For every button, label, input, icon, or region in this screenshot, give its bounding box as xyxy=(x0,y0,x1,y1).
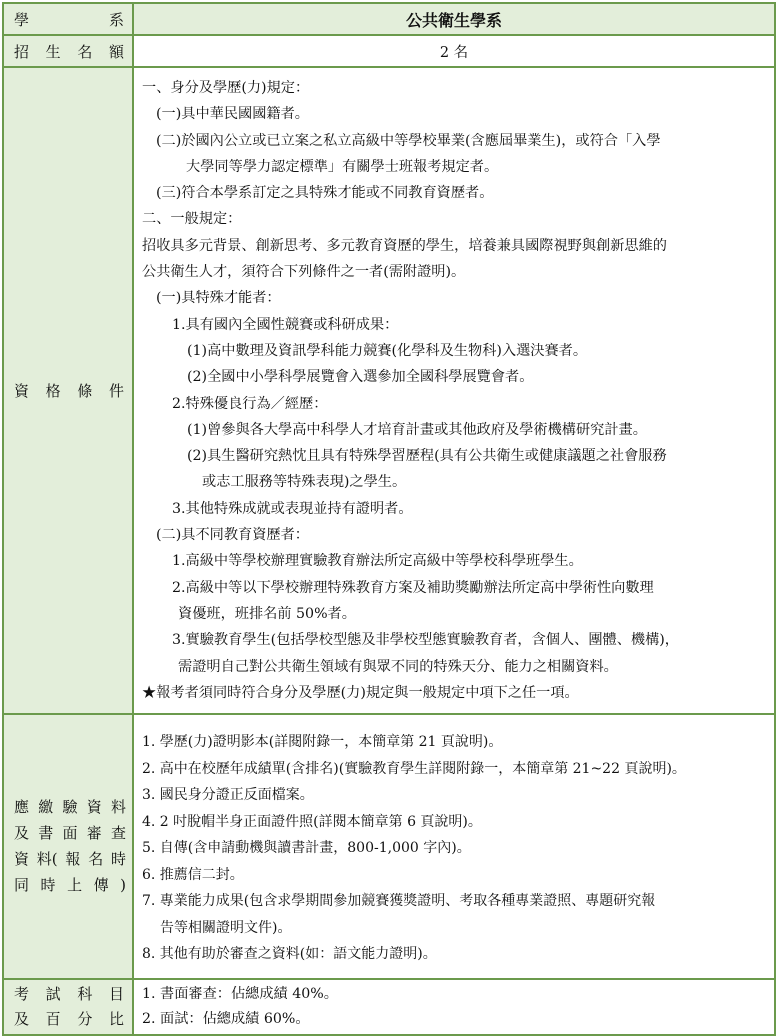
admission-requirements-table: 學 系 公共衛生學系 招 生 名 額 2 名 資 格 條 件 xyxy=(2,2,776,1030)
quota-row: 招 生 名 額 2 名 xyxy=(3,35,775,67)
label-char: 上 xyxy=(67,872,82,898)
document-item-continued: 告等相關證明文件)。 xyxy=(142,915,768,942)
document-item: 2. 高中在校歷年成績單(含排名)(實驗教育學生詳閱附錄一，本簡章第 21~22… xyxy=(142,756,768,783)
label-char: 報 xyxy=(65,846,80,872)
quota-value: 2 名 xyxy=(133,35,775,67)
subsection-heading: (二)具不同教育資歷者： xyxy=(142,522,766,548)
exam-item: 2. 面試：佔總成績 60%。 xyxy=(142,1007,766,1030)
sub-item: (1)高中數理及資訊學科能力競賽(化學科及生物科)入選決賽者。 xyxy=(142,338,766,364)
label-char: 科 xyxy=(77,982,92,1007)
qualification-item: (一)具中華民國國籍者。 xyxy=(142,101,766,127)
qualification-item-continued: 大學同等學力認定標準」有關學士班報考規定者。 xyxy=(142,154,766,180)
numbered-item: 3.其他特殊成就或表現並持有證明者。 xyxy=(142,496,766,522)
document-item: 5. 自傳(含申請動機與讀書計畫，800-1,000 字內)。 xyxy=(142,835,768,862)
qualifications-label-char: 條 xyxy=(77,380,92,401)
quota-label-char: 生 xyxy=(46,41,61,62)
label-char: 百 xyxy=(46,1007,61,1030)
exam-label-line: 及 百 分 比 xyxy=(14,1007,124,1030)
numbered-item: 2.高級中等以下學校辦理特殊教育方案及補助獎勵辦法所定高中學術性向數理 xyxy=(142,575,766,601)
label-char: 料( xyxy=(37,846,58,872)
exam-row: 考 試 科 目 及 百 分 比 1. 書面審查：佔總成績 40%。 2. 面試：… xyxy=(3,979,775,1030)
label-char: 目 xyxy=(109,982,124,1007)
label-char: 同 xyxy=(14,872,29,898)
sub-item-continued: 或志工服務等特殊表現)之學生。 xyxy=(142,469,766,495)
label-char: 傳 xyxy=(94,872,109,898)
quota-label-char: 名 xyxy=(77,41,92,62)
document-item: 8. 其他有助於審查之資料(如：語文能力證明)。 xyxy=(142,941,768,968)
sub-item: (1)曾參與各大學高中科學人才培育計畫或其他政府及學術機構研究計畫。 xyxy=(142,417,766,443)
document-item: 7. 專業能力成果(包含求學期間參加競賽獲獎證明、考取各種專業證照、專題研究報 xyxy=(142,888,768,915)
label-char: 分 xyxy=(77,1007,92,1030)
quota-label-char: 額 xyxy=(109,41,124,62)
qualifications-label: 資 格 條 件 xyxy=(3,67,133,714)
label-char: 料 xyxy=(111,794,126,820)
documents-label-line: 應 繳 驗 資 料 xyxy=(14,794,126,820)
sub-item: (2)具生醫研究熱忱且具有特殊學習歷程(具有公共衛生或健康議題之社會服務 xyxy=(142,443,766,469)
qualification-item: (三)符合本學系訂定之具特殊才能或不同教育資歷者。 xyxy=(142,180,766,206)
department-label-char: 學 xyxy=(14,9,29,30)
qualification-item: (二)於國內公立或已立案之私立高級中等學校畢業(含應屆畢業生)，或符合「入學 xyxy=(142,128,766,154)
numbered-item: 2.特殊優良行為／經歷： xyxy=(142,391,766,417)
label-char: ) xyxy=(120,872,126,898)
label-char: 審 xyxy=(87,820,102,846)
numbered-item-continued: 需證明自己對公共衛生領域有與眾不同的特殊天分、能力之相關資料。 xyxy=(142,654,766,680)
quota-label: 招 生 名 額 xyxy=(3,35,133,67)
document-item: 6. 推薦信二封。 xyxy=(142,862,768,889)
label-char: 面 xyxy=(62,820,77,846)
exam-label: 考 試 科 目 及 百 分 比 xyxy=(3,979,133,1030)
paragraph: 招收具多元背景、創新思考、多元教育資歷的學生，培養兼具國際視野與創新思維的 xyxy=(142,233,766,259)
documents-label-line: 資 料( 報 名 時 xyxy=(14,846,126,872)
label-char: 查 xyxy=(111,820,126,846)
label-char: 時 xyxy=(111,846,126,872)
document-item: 4. 2 吋脫帽半身正面證件照(詳閱本簡章第 6 頁說明)。 xyxy=(142,809,768,836)
qualifications-content: 一、身分及學歷(力)規定： (一)具中華民國國籍者。 (二)於國內公立或已立案之… xyxy=(133,67,775,714)
label-char: 名 xyxy=(88,846,103,872)
paragraph: 公共衛生人才，須符合下列條件之一者(需附證明)。 xyxy=(142,259,766,285)
label-char: 驗 xyxy=(62,794,77,820)
qualifications-row: 資 格 條 件 一、身分及學歷(力)規定： (一)具中華民國國籍者。 (二)於國… xyxy=(3,67,775,714)
label-char: 比 xyxy=(109,1007,124,1030)
quota-label-char: 招 xyxy=(14,41,29,62)
label-char: 時 xyxy=(41,872,56,898)
documents-label: 應 繳 驗 資 料 及 書 面 審 查 資 料( 報 名 xyxy=(3,714,133,979)
numbered-item: 3.實驗教育學生(包括學校型態及非學校型態實驗教育者，含個人、團體、機構)， xyxy=(142,627,766,653)
documents-label-line: 同 時 上 傳 ) xyxy=(14,872,126,898)
qualifications-label-char: 資 xyxy=(14,380,29,401)
department-label-char: 系 xyxy=(109,9,124,30)
document-item: 1. 學歷(力)證明影本(詳閱附錄一，本簡章第 21 頁說明)。 xyxy=(142,729,768,756)
document-item: 3. 國民身分證正反面檔案。 xyxy=(142,782,768,809)
documents-content: 1. 學歷(力)證明影本(詳閱附錄一，本簡章第 21 頁說明)。 2. 高中在校… xyxy=(133,714,775,979)
documents-row: 應 繳 驗 資 料 及 書 面 審 查 資 料( 報 名 xyxy=(3,714,775,979)
label-char: 試 xyxy=(46,982,61,1007)
qualifications-label-char: 格 xyxy=(46,380,61,401)
label-char: 考 xyxy=(14,982,29,1007)
department-name: 公共衛生學系 xyxy=(133,3,775,35)
exam-label-line: 考 試 科 目 xyxy=(14,982,124,1007)
section-heading: 一、身分及學歷(力)規定： xyxy=(142,75,766,101)
note-line: ★報考者須同時符合身分及學歷(力)規定與一般規定中項下之任一項。 xyxy=(142,680,766,706)
label-char: 應 xyxy=(14,794,29,820)
numbered-item: 1.高級中等學校辦理實驗教育辦法所定高級中等學校科學班學生。 xyxy=(142,548,766,574)
department-row: 學 系 公共衛生學系 xyxy=(3,3,775,35)
exam-content: 1. 書面審查：佔總成績 40%。 2. 面試：佔總成績 60%。 xyxy=(133,979,775,1030)
documents-label-line: 及 書 面 審 查 xyxy=(14,820,126,846)
label-char: 繳 xyxy=(38,794,53,820)
label-char: 及 xyxy=(14,1007,29,1030)
numbered-item-continued: 資優班，班排名前 50%者。 xyxy=(142,601,766,627)
numbered-item: 1.具有國內全國性競賽或科研成果： xyxy=(142,312,766,338)
qualifications-label-char: 件 xyxy=(109,380,124,401)
label-char: 資 xyxy=(14,846,29,872)
exam-item: 1. 書面審查：佔總成績 40%。 xyxy=(142,982,766,1007)
label-char: 資 xyxy=(87,794,102,820)
section-heading: 二、一般規定： xyxy=(142,206,766,232)
sub-item: (2)全國中小學科學展覽會入選參加全國科學展覽會者。 xyxy=(142,364,766,390)
label-char: 書 xyxy=(38,820,53,846)
label-char: 及 xyxy=(14,820,29,846)
subsection-heading: (一)具特殊才能者： xyxy=(142,285,766,311)
department-label: 學 系 xyxy=(3,3,133,35)
